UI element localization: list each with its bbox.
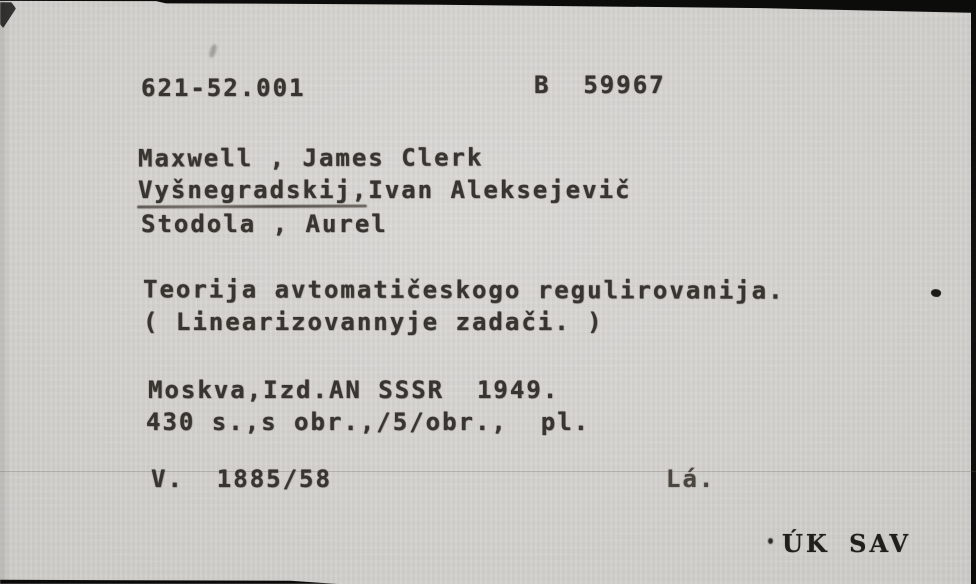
shelf-mark: V. 1885/58 <box>151 466 332 492</box>
scan-edge-right <box>971 0 976 584</box>
call-number: 621-52.001 <box>141 75 306 101</box>
author-stodola: Stodola , Aurel <box>141 211 388 237</box>
accession-number: B 59967 <box>534 72 666 98</box>
library-stamp: ÚK SAV <box>782 531 911 557</box>
paper-smudge <box>208 43 218 58</box>
scan-edge-top <box>0 0 976 14</box>
library-catalog-card: 621-52.001 B 59967 Maxwell , James Clerk… <box>0 0 976 584</box>
book-subtitle: ( Linearizovannyje zadači. ) <box>143 309 604 335</box>
card-crease-line <box>0 471 976 472</box>
ink-dot <box>930 287 942 298</box>
stamp-dot <box>768 538 773 544</box>
scan-shade-left <box>0 0 10 584</box>
author-maxwell: Maxwell , James Clerk <box>138 145 484 172</box>
book-title: Teorija avtomatičeskogo regulirovanija. <box>143 276 785 303</box>
cataloguer-initials: Lá. <box>666 466 715 492</box>
scan-edge-bottom-left <box>0 578 338 584</box>
imprint-line: Moskva,Izd.AN SSSR 1949. <box>148 377 559 403</box>
author-surname-underline <box>137 204 367 208</box>
author-vysnegradskij: Vyšnegradskij,Ivan Aleksejevič <box>138 177 631 203</box>
collation-line: 430 s.,s obr.,/5/obr., pl. <box>146 409 590 435</box>
